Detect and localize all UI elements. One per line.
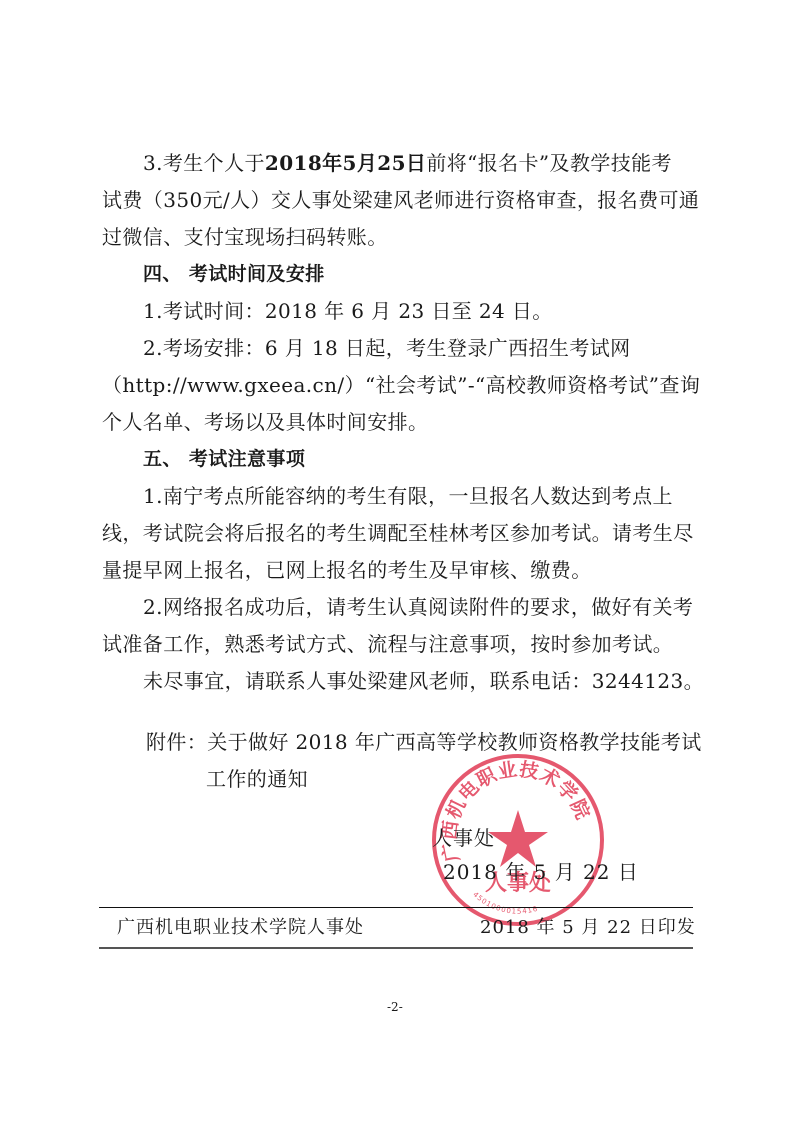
exam-venue-item-line2: （http://www.gxeea.cn/）“社会考试”-“高校教师资格考试”查… [102, 373, 700, 397]
note-item2-line1: 2.网络报名成功后，请考生认真阅读附件的要求，做好有关考 [143, 595, 693, 619]
text-suffix: 前将“报名卡”及教学技能考 [426, 151, 672, 175]
exam-venue-item-line3: 个人名单、考场以及具体时间安排。 [102, 410, 428, 434]
footer-top-rule [99, 907, 693, 908]
section-heading-exam-schedule: 四、 考试时间及安排 [143, 262, 325, 286]
document-page: 3.考生个人于2018年5月25日前将“报名卡”及教学技能考 试费（350元/人… [0, 0, 793, 1122]
exam-time-item: 1.考试时间：2018 年 6 月 23 日至 24 日。 [143, 299, 553, 323]
section-heading-exam-notes: 五、 考试注意事项 [143, 447, 305, 471]
attachment-line2: 工作的通知 [206, 767, 308, 791]
text-prefix: 3.考生个人于 [143, 151, 265, 175]
footer-bottom-rule [99, 947, 693, 949]
note-item1-line2: 线，考试院会将后报名的考生调配至桂林考区参加考试。请考生尽 [102, 521, 694, 545]
signature-date: 2018 年 5 月 22 日 [443, 860, 639, 884]
note-item2-line2: 试准备工作，熟悉考试方式、流程与注意事项，按时参加考试。 [102, 632, 673, 656]
contact-info: 未尽事宜，请联系人事处梁建风老师，联系电话：3244123。 [143, 669, 704, 693]
note-item1-line3: 量提早网上报名，已网上报名的考生及早审核、缴费。 [102, 558, 592, 582]
exam-venue-item-line1: 2.考场安排：6 月 18 日起，考生登录广西招生考试网 [143, 336, 631, 360]
note-item1-line1: 1.南宁考点所能容纳的考生有限，一旦报名人数达到考点上 [143, 484, 673, 508]
page-number: -2- [387, 1000, 403, 1014]
deadline-date: 2018年5月25日 [265, 151, 426, 175]
paragraph-registration-fee-line1: 3.考生个人于2018年5月25日前将“报名卡”及教学技能考 [143, 151, 672, 175]
attachment-line1: 附件：关于做好 2018 年广西高等学校教师资格教学技能考试 [146, 730, 702, 754]
paragraph-registration-fee-line2: 试费（350元/人）交人事处梁建风老师进行资格审查，报名费可通 [102, 188, 699, 212]
footer-issuer: 广西机电职业技术学院人事处 [117, 916, 364, 940]
footer-issue-date: 2018 年 5 月 22 日印发 [480, 916, 696, 940]
signature-department: 人事处 [432, 826, 495, 850]
paragraph-registration-fee-line3: 过微信、支付宝现场扫码转账。 [102, 225, 388, 249]
